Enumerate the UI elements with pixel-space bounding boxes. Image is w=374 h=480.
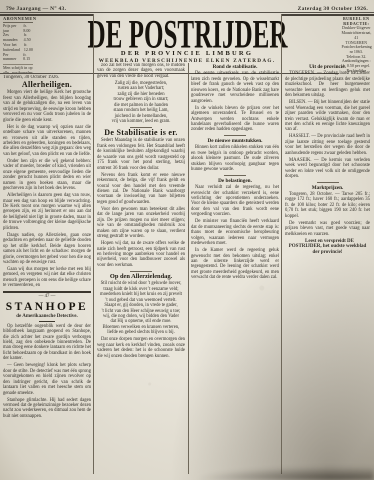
column-rule-2 xyxy=(188,63,189,474)
poem-allerheiligen: Zalig zij die, moegestreden,rusten aan h… xyxy=(97,81,185,125)
article-body: Sedert Maandag is de stabilisatie van on… xyxy=(97,138,185,268)
paragraph: Voor den gewonen man beteekent dit alles… xyxy=(97,207,185,240)
column-4: Uit de provincie. TONGEREN. — Zondag laa… xyxy=(285,63,370,475)
paragraph: In de Kamer werd de regeering geluk gewe… xyxy=(191,248,279,281)
poem-line: moederken knielt bij het kruis en zij pr… xyxy=(97,292,185,297)
news-body: TONGEREN. — Zondag laatst had alhier de … xyxy=(285,71,370,179)
subhead-marktprijzen: Marktprijzen. xyxy=(285,186,370,191)
subhead-belastingen: De belastingen. xyxy=(191,179,279,184)
paragraph: — Geen beweging! klonk het plots scherp … xyxy=(3,363,91,396)
paragraph: Hopen wij dat, na de zware offers welke … xyxy=(97,241,185,268)
paragraph: Onder hen zijn er die wij gekend hebben:… xyxy=(3,159,91,192)
subhead-uit-de-provincie: Uit de provincie. xyxy=(285,65,370,70)
paragraph: HASSELT. — De provinciale raad heeft in … xyxy=(285,134,370,156)
paragraph: Naar verluidt zal de regeering, nu het e… xyxy=(191,185,279,218)
issue-number: 79e Jaargang — N° 43. xyxy=(6,6,66,12)
article-title-allerheiligen: Allerheiligen. xyxy=(3,82,91,87)
paragraph: Het is de dag waarop wij opzien naar die… xyxy=(3,125,91,158)
poem-title-allerzielendag: Op den Allerzielendag. xyxy=(97,274,185,279)
news-body: De eerste uitwerksels van de stabilisati… xyxy=(191,71,279,132)
subscription-row: Per nummerfr. 0.15 xyxy=(3,53,33,63)
paragraph: Nevens den frank komt er eene nieuwe rek… xyxy=(97,173,185,206)
article-title-stabilisatie: De Stabilisatie is er. xyxy=(97,130,185,135)
feuilleton-rule xyxy=(39,321,55,322)
column-rule-3 xyxy=(281,14,282,474)
subscription-price: fr. 0.15 xyxy=(23,53,32,63)
paragraph: Gaan wij dus morgen ter kerke met een bl… xyxy=(3,267,91,289)
paragraph: In de winkels bleven de prijzen over het… xyxy=(191,106,279,133)
issue-date: Zaterdag 30 October 1926. xyxy=(298,6,368,12)
section-divider xyxy=(317,182,339,183)
promo-notice: Leest en verspreidt DE POSTRIJDER, het o… xyxy=(285,239,370,255)
section-divider xyxy=(224,175,246,176)
top-bar: 79e Jaargang — N° 43. Zaterdag 30 Octobe… xyxy=(0,0,374,13)
poem-allerzielen: Stil ruischt de wind door 't geluwde loo… xyxy=(97,281,185,336)
section-divider xyxy=(224,135,246,136)
column-1: Tongeren, 30 October 1926. Allerheiligen… xyxy=(3,75,91,475)
subscription-title: ABONNEMENTEN: xyxy=(3,17,33,23)
paragraph: De minister van financiën heeft verklaar… xyxy=(191,219,279,246)
feuilleton-number: — 47 — xyxy=(3,294,91,299)
paragraph: MAASEIK. — De kermis van verleden week w… xyxy=(285,158,370,180)
feuilleton-body: Op hetzelfde oogenblik werd de deur der … xyxy=(3,324,91,420)
paragraph: Tongeren, 28 October. — Tarwe 205 fr.; r… xyxy=(285,192,370,219)
paragraph: BILSEN. — Bij het binnenrijden der stati… xyxy=(285,100,370,133)
paragraph: Sedert Maandag is de stabilisatie van on… xyxy=(97,138,185,171)
paragraph: De eerste uitwerksels van de stabilisati… xyxy=(191,71,279,104)
poem-line: liefde en gebed slechts blijven u bij. xyxy=(97,330,185,335)
article-closing: Dat onze dorpen morgen en overmorgen den… xyxy=(97,337,185,359)
paragraph: De veemarkt was goed voorzien; de prijze… xyxy=(285,221,370,237)
paragraph: Stanhope glimlachte. Hij had sedert dage… xyxy=(3,398,91,420)
feuilleton: — 47 — STANHOPE de Amerikaansche Detecti… xyxy=(3,291,91,420)
article-body: Morgen viert de heilige Kerk het grootsc… xyxy=(3,90,91,288)
poem-line: vrij van kommer, leed en gram. xyxy=(97,119,185,124)
feuilleton-title: STANHOPE xyxy=(3,301,91,313)
feuilleton-subtitle: de Amerikaansche Detective. xyxy=(3,314,91,319)
column-rule-1 xyxy=(93,14,94,474)
rule-under-subscription-box xyxy=(0,73,93,74)
paragraph: Allerheiligen is daarom geen dag van rou… xyxy=(3,193,91,231)
poem-line: Stil ruischt de wind door 't geluwde loo… xyxy=(97,281,185,286)
section-divider xyxy=(130,271,152,272)
paragraph: Binnen kort zullen nikkelen stukken van … xyxy=(191,145,279,172)
poem-line: Slaapt er, gij dooden, in vrede te gader… xyxy=(97,303,185,308)
newspaper-title: DE POSTRIJDER xyxy=(87,16,287,54)
column-3: Rond de stabilisatie. De eerste uitwerks… xyxy=(191,63,279,475)
article-continuation: zoo zal het feest van morgen ons, te mid… xyxy=(97,63,185,79)
subhead-rond-de-stabilisatie: Rond de stabilisatie. xyxy=(191,65,279,70)
column-2: zoo zal het feest van morgen ons, te mid… xyxy=(97,63,185,475)
subscription-box: ABONNEMENTEN: Prijs per jaarfr. 8.00 Zes… xyxy=(0,16,36,74)
paragraph: Op hetzelfde oogenblik werd de deur der … xyxy=(3,324,91,362)
market-body: Tongeren, 28 October. — Tarwe 205 fr.; r… xyxy=(285,192,370,237)
paragraph: Daags nadien, op Allerzielen, gaan onze … xyxy=(3,233,91,266)
subscription-label: Per nummer xyxy=(3,53,19,63)
paragraph: Morgen viert de heilige Kerk het grootsc… xyxy=(3,90,91,123)
news-body: Binnen kort zullen nikkelen stukken van … xyxy=(191,145,279,172)
subhead-nieuwe-muntstukken: De nieuwe muntstukken. xyxy=(191,139,279,144)
news-body: Naar verluidt zal de regeering, nu het e… xyxy=(191,185,279,281)
paragraph: TONGEREN. — Zondag laatst had alhier de … xyxy=(285,71,370,98)
